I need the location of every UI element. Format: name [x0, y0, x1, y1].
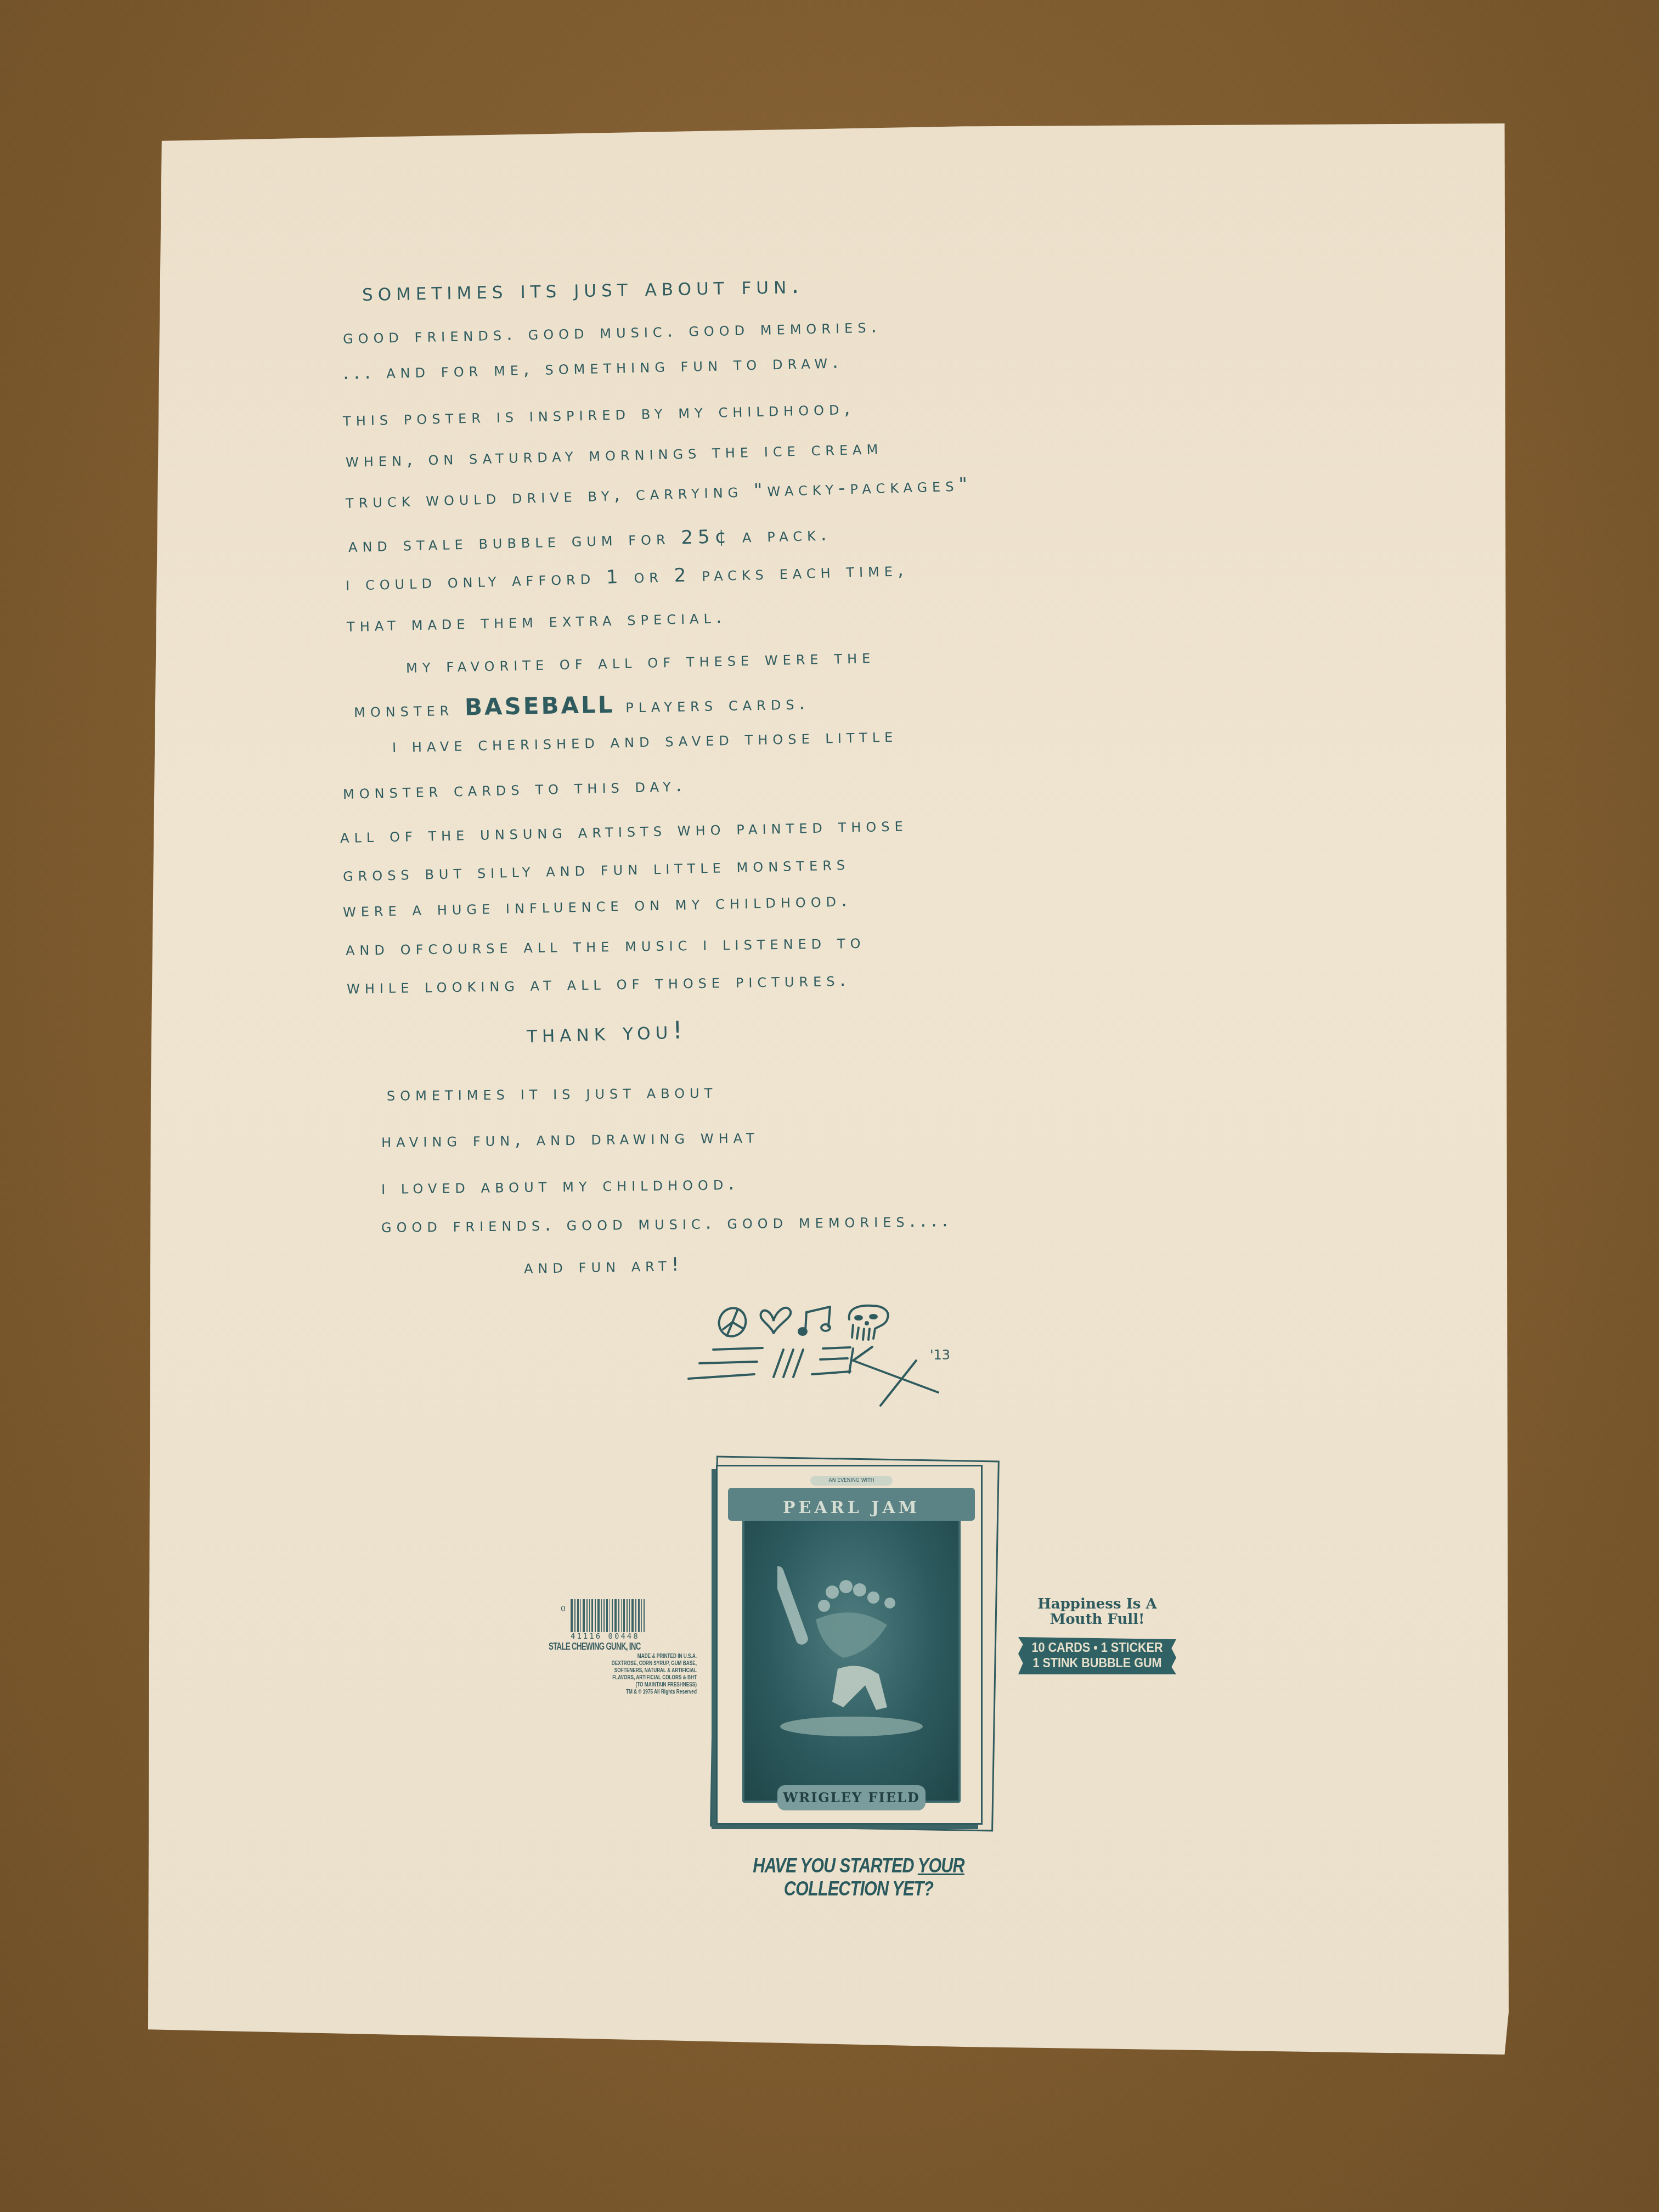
skull-icon — [849, 1306, 888, 1340]
card-title-banner: PEARL JAM — [728, 1488, 975, 1521]
collection-tagline: HAVE YOU STARTED YOUR COLLECTION YET? — [705, 1854, 1013, 1900]
ribbon-line: 10 CARDS • 1 STICKER — [1022, 1640, 1172, 1656]
promo-ribbon: 10 CARDS • 1 STICKER 1 STINK BUBBLE GUM — [1018, 1637, 1176, 1674]
card-artwork: AN EVENING WITH PEARL JAM WRIGLEY FIELD — [742, 1491, 961, 1803]
promo-title-line: Mouth Full! — [1009, 1612, 1185, 1627]
music-notes-icon — [799, 1307, 830, 1335]
company-name: STALE CHEWING GUNK, INC — [549, 1641, 633, 1653]
note-word-baseball: BASEBALL — [465, 691, 615, 721]
fine-print-line: (TO MAINTAIN FRESHNESS) — [586, 1681, 697, 1689]
fine-print-line: MADE & PRINTED IN U.S.A. — [586, 1653, 697, 1660]
note-line: I loved about my childhood. — [381, 1172, 740, 1199]
note-word: players cards. — [625, 692, 810, 717]
note-line-thank-you: Thank you! — [526, 1016, 687, 1048]
tagline-text: COLLECTION YET? — [784, 1877, 933, 1900]
note-line: having fun, and drawing what — [381, 1126, 759, 1152]
tagline-text: HAVE YOU STARTED — [753, 1854, 918, 1877]
signature-year: '13 — [930, 1347, 950, 1363]
card-venue-banner: WRIGLEY FIELD — [777, 1785, 926, 1810]
tagline-emphasis: YOUR — [918, 1854, 964, 1877]
artist-signature: '13 — [686, 1339, 971, 1410]
note-line: And fun art! — [524, 1254, 684, 1278]
fine-print-line: TM & © 1975 All Rights Reserved — [586, 1689, 697, 1696]
baseball-monster-illustration — [777, 1543, 926, 1740]
note-word: monster — [354, 698, 454, 722]
ribbon-line: 1 STINK BUBBLE GUM — [1022, 1656, 1172, 1671]
heart-icon — [760, 1308, 791, 1333]
peace-sign-icon — [714, 1304, 750, 1340]
card-front: AN EVENING WITH PEARL JAM WRIGLEY FIELD — [716, 1465, 983, 1825]
fine-print-line: DEXTROSE, CORN SYRUP, GUM BASE, — [586, 1660, 697, 1667]
trading-card: AN EVENING WITH PEARL JAM WRIGLEY FIELD — [702, 1454, 998, 1832]
promo-title-line: Happiness Is A — [1009, 1596, 1185, 1612]
barcode-number: 41116 00448 — [571, 1632, 669, 1641]
barcode-icon — [571, 1599, 669, 1632]
fine-print: MADE & PRINTED IN U.S.A. DEXTROSE, CORN … — [586, 1653, 697, 1696]
card-subtitle: AN EVENING WITH — [810, 1476, 893, 1486]
fine-print-line: SOFTENERS, NATURAL & ARTIFICIAL — [586, 1667, 697, 1674]
fine-print-line: FLAVORS, ARTIFICIAL COLORS & BHT — [586, 1674, 697, 1681]
barcode-panel: 0 41116 00448 STALE CHEWING GUNK, INC MA… — [549, 1599, 669, 1696]
barcode-leading-digit: 0 — [561, 1605, 566, 1613]
promo-panel: Happiness Is A Mouth Full! 10 CARDS • 1 … — [1009, 1596, 1185, 1674]
note-line: Sometimes it is just about — [387, 1081, 718, 1105]
doodles — [713, 1295, 911, 1344]
